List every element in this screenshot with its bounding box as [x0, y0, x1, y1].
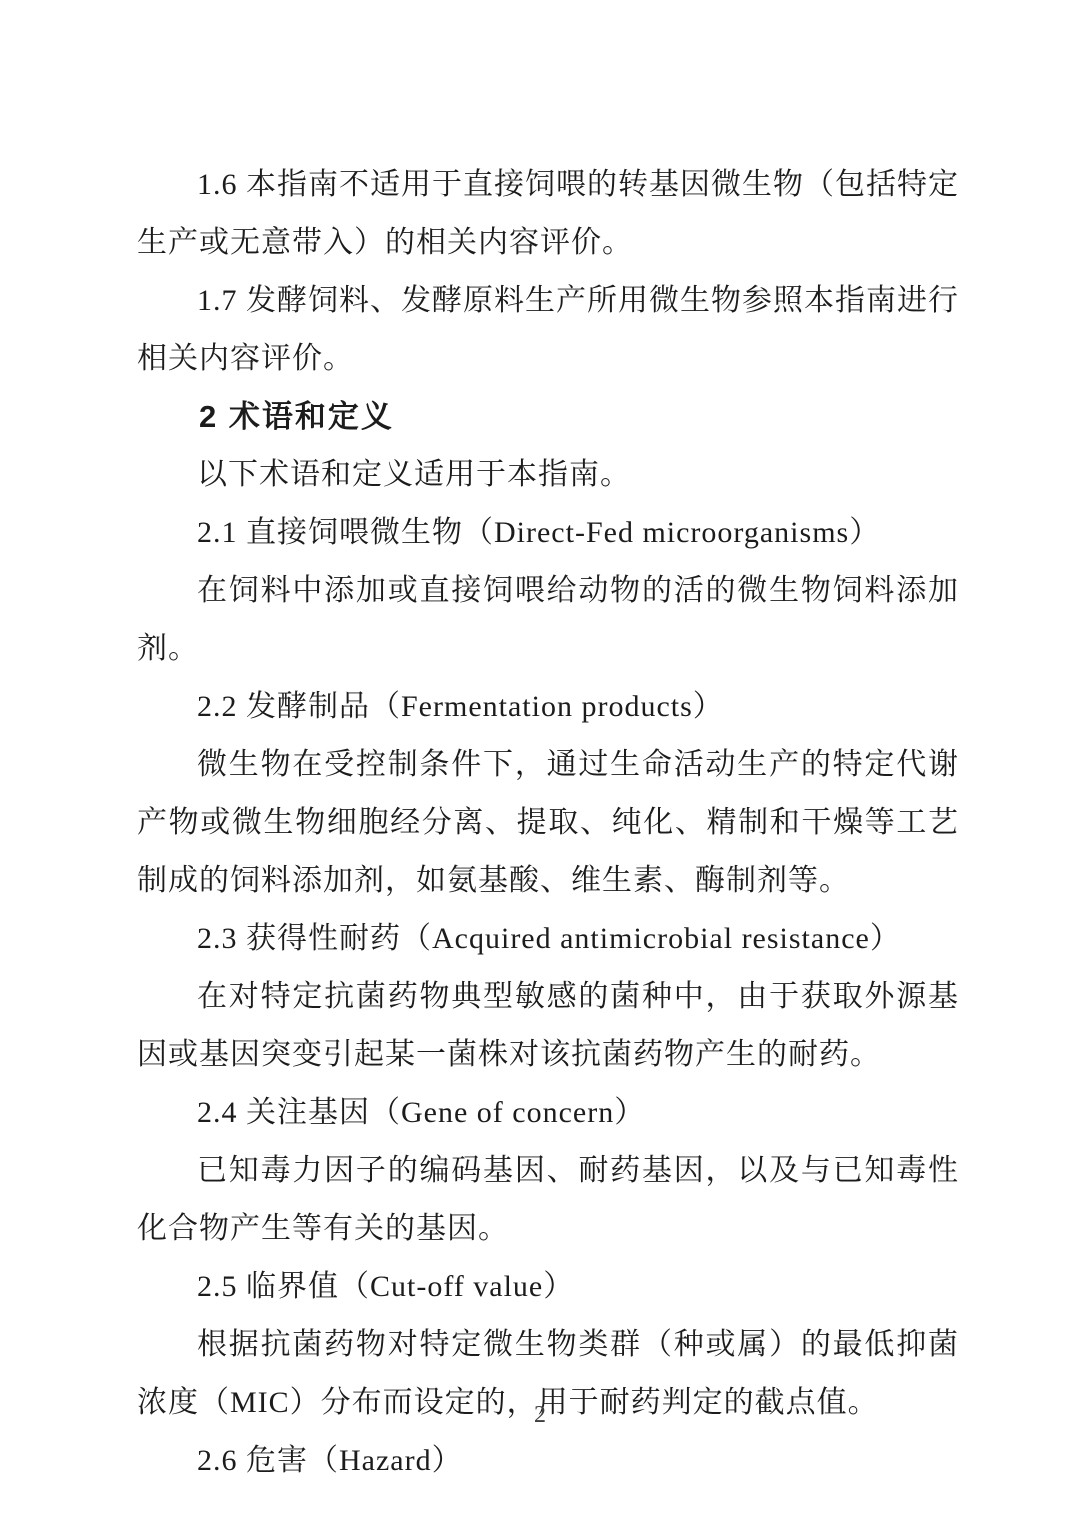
- clause-2-3-term: 2.3 获得性耐药（Acquired antimicrobial resista…: [137, 910, 959, 968]
- clause-2-2-term: 2.2 发酵制品（Fermentation products）: [137, 678, 959, 736]
- clause-2-3-definition: 在对特定抗菌药物典型敏感的菌种中，由于获取外源基因或基因突变引起某一菌株对该抗菌…: [137, 968, 959, 1084]
- clause-2-4-definition: 已知毒力因子的编码基因、耐药基因，以及与已知毒性化合物产生等有关的基因。: [137, 1142, 959, 1258]
- clause-1-6: 1.6 本指南不适用于直接饲喂的转基因微生物（包括特定生产或无意带入）的相关内容…: [137, 156, 959, 272]
- clause-2-5-term: 2.5 临界值（Cut-off value）: [137, 1258, 959, 1316]
- page-number: 2: [0, 1402, 1080, 1429]
- clause-2-1-term: 2.1 直接饲喂微生物（Direct-Fed microorganisms）: [137, 504, 959, 562]
- clause-2-4-term: 2.4 关注基因（Gene of concern）: [137, 1084, 959, 1142]
- document-page: 1.6 本指南不适用于直接饲喂的转基因微生物（包括特定生产或无意带入）的相关内容…: [0, 0, 1080, 1526]
- clause-2-2-definition: 微生物在受控制条件下，通过生命活动生产的特定代谢产物或微生物细胞经分离、提取、纯…: [137, 736, 959, 910]
- terms-intro: 以下术语和定义适用于本指南。: [137, 446, 959, 504]
- section-heading-terms: 2 术语和定义: [137, 388, 959, 446]
- document-body: 1.6 本指南不适用于直接饲喂的转基因微生物（包括特定生产或无意带入）的相关内容…: [137, 156, 959, 1490]
- clause-2-1-definition: 在饲料中添加或直接饲喂给动物的活的微生物饲料添加剂。: [137, 562, 959, 678]
- clause-1-7: 1.7 发酵饲料、发酵原料生产所用微生物参照本指南进行相关内容评价。: [137, 272, 959, 388]
- clause-2-6-term: 2.6 危害（Hazard）: [137, 1432, 959, 1490]
